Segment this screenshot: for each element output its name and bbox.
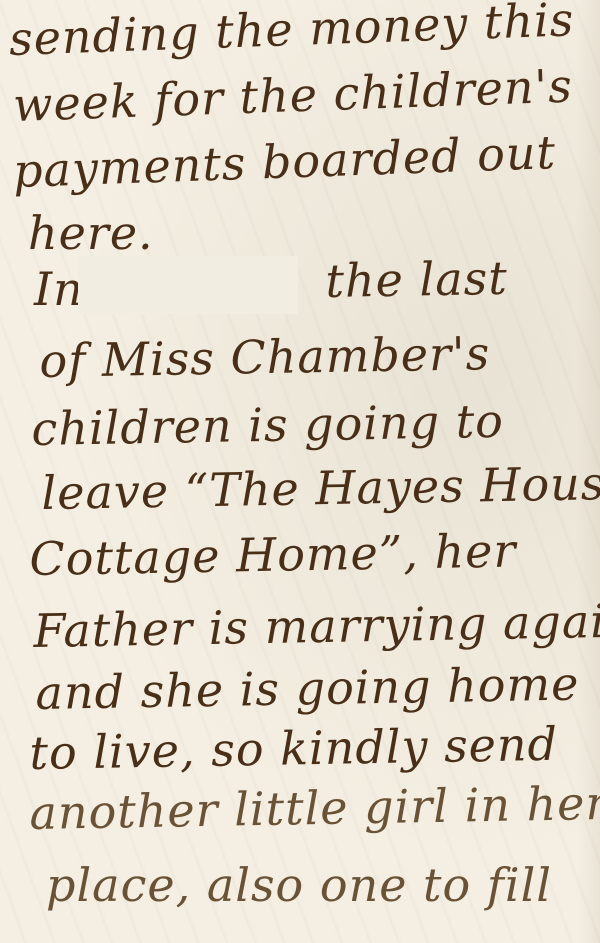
letter-line-1: sending the money this [8, 0, 575, 66]
letter-line-14: place, also one to fill [46, 858, 552, 912]
letter-line-5-start: In [34, 262, 84, 316]
letter-line-11: and she is going home [35, 657, 580, 720]
letter-line-3: payments boarded out [12, 125, 557, 198]
letter-line-6: of Miss Chamber's [39, 326, 491, 388]
letter-page: sending the money this week for the chil… [0, 0, 600, 943]
letter-line-10: Father is marrying again [33, 593, 600, 658]
letter-line-12: to live, so kindly send [29, 717, 558, 780]
letter-line-2: week for the children's [12, 58, 573, 132]
redacted-region [78, 256, 298, 314]
letter-line-7: children is going to [31, 394, 504, 456]
letter-line-13: another little girl in her [29, 776, 600, 840]
letter-line-9: Cottage Home”, her [29, 524, 517, 586]
letter-line-4: here. [28, 206, 154, 260]
letter-line-5-end: the last [325, 251, 508, 308]
letter-line-8: leave “The Hayes House [41, 456, 600, 520]
